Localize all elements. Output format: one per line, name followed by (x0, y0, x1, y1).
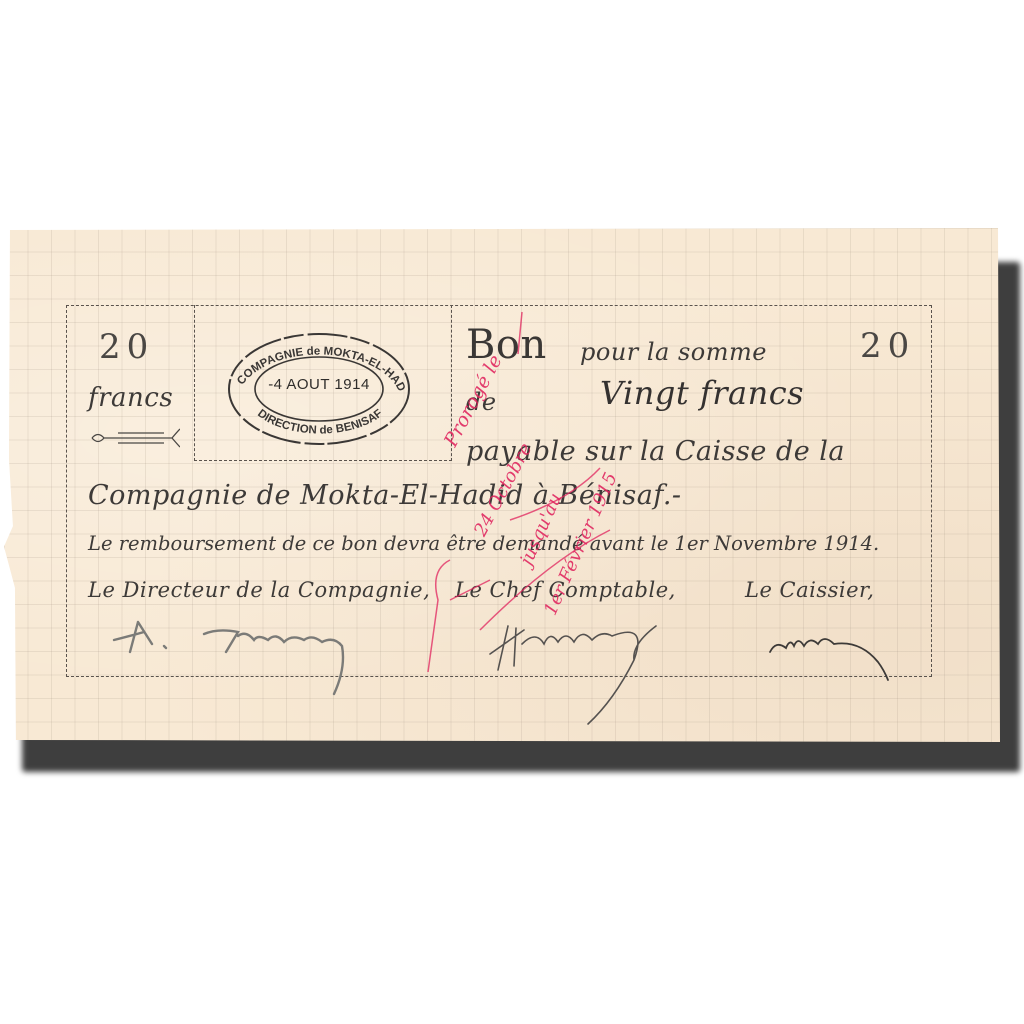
cashier-label: Le Caissier, (745, 578, 874, 602)
cashier-signature (764, 622, 904, 682)
corner-value: 20 (860, 326, 915, 366)
left-value: 20 (99, 327, 154, 367)
left-denomination-panel: 20 francs (66, 305, 194, 460)
stamp-date: -4 AOUT 1914 (225, 376, 413, 393)
left-unit: francs (88, 383, 173, 413)
director-signature (108, 618, 378, 708)
red-annotation-strokes (410, 300, 650, 690)
flourish-ornament (90, 427, 180, 449)
director-label: Le Directeur de la Compagnie, (88, 578, 430, 602)
oval-date-stamp: COMPAGNIE de MOKTA-EL-HADID DIRECTION de… (225, 330, 413, 448)
